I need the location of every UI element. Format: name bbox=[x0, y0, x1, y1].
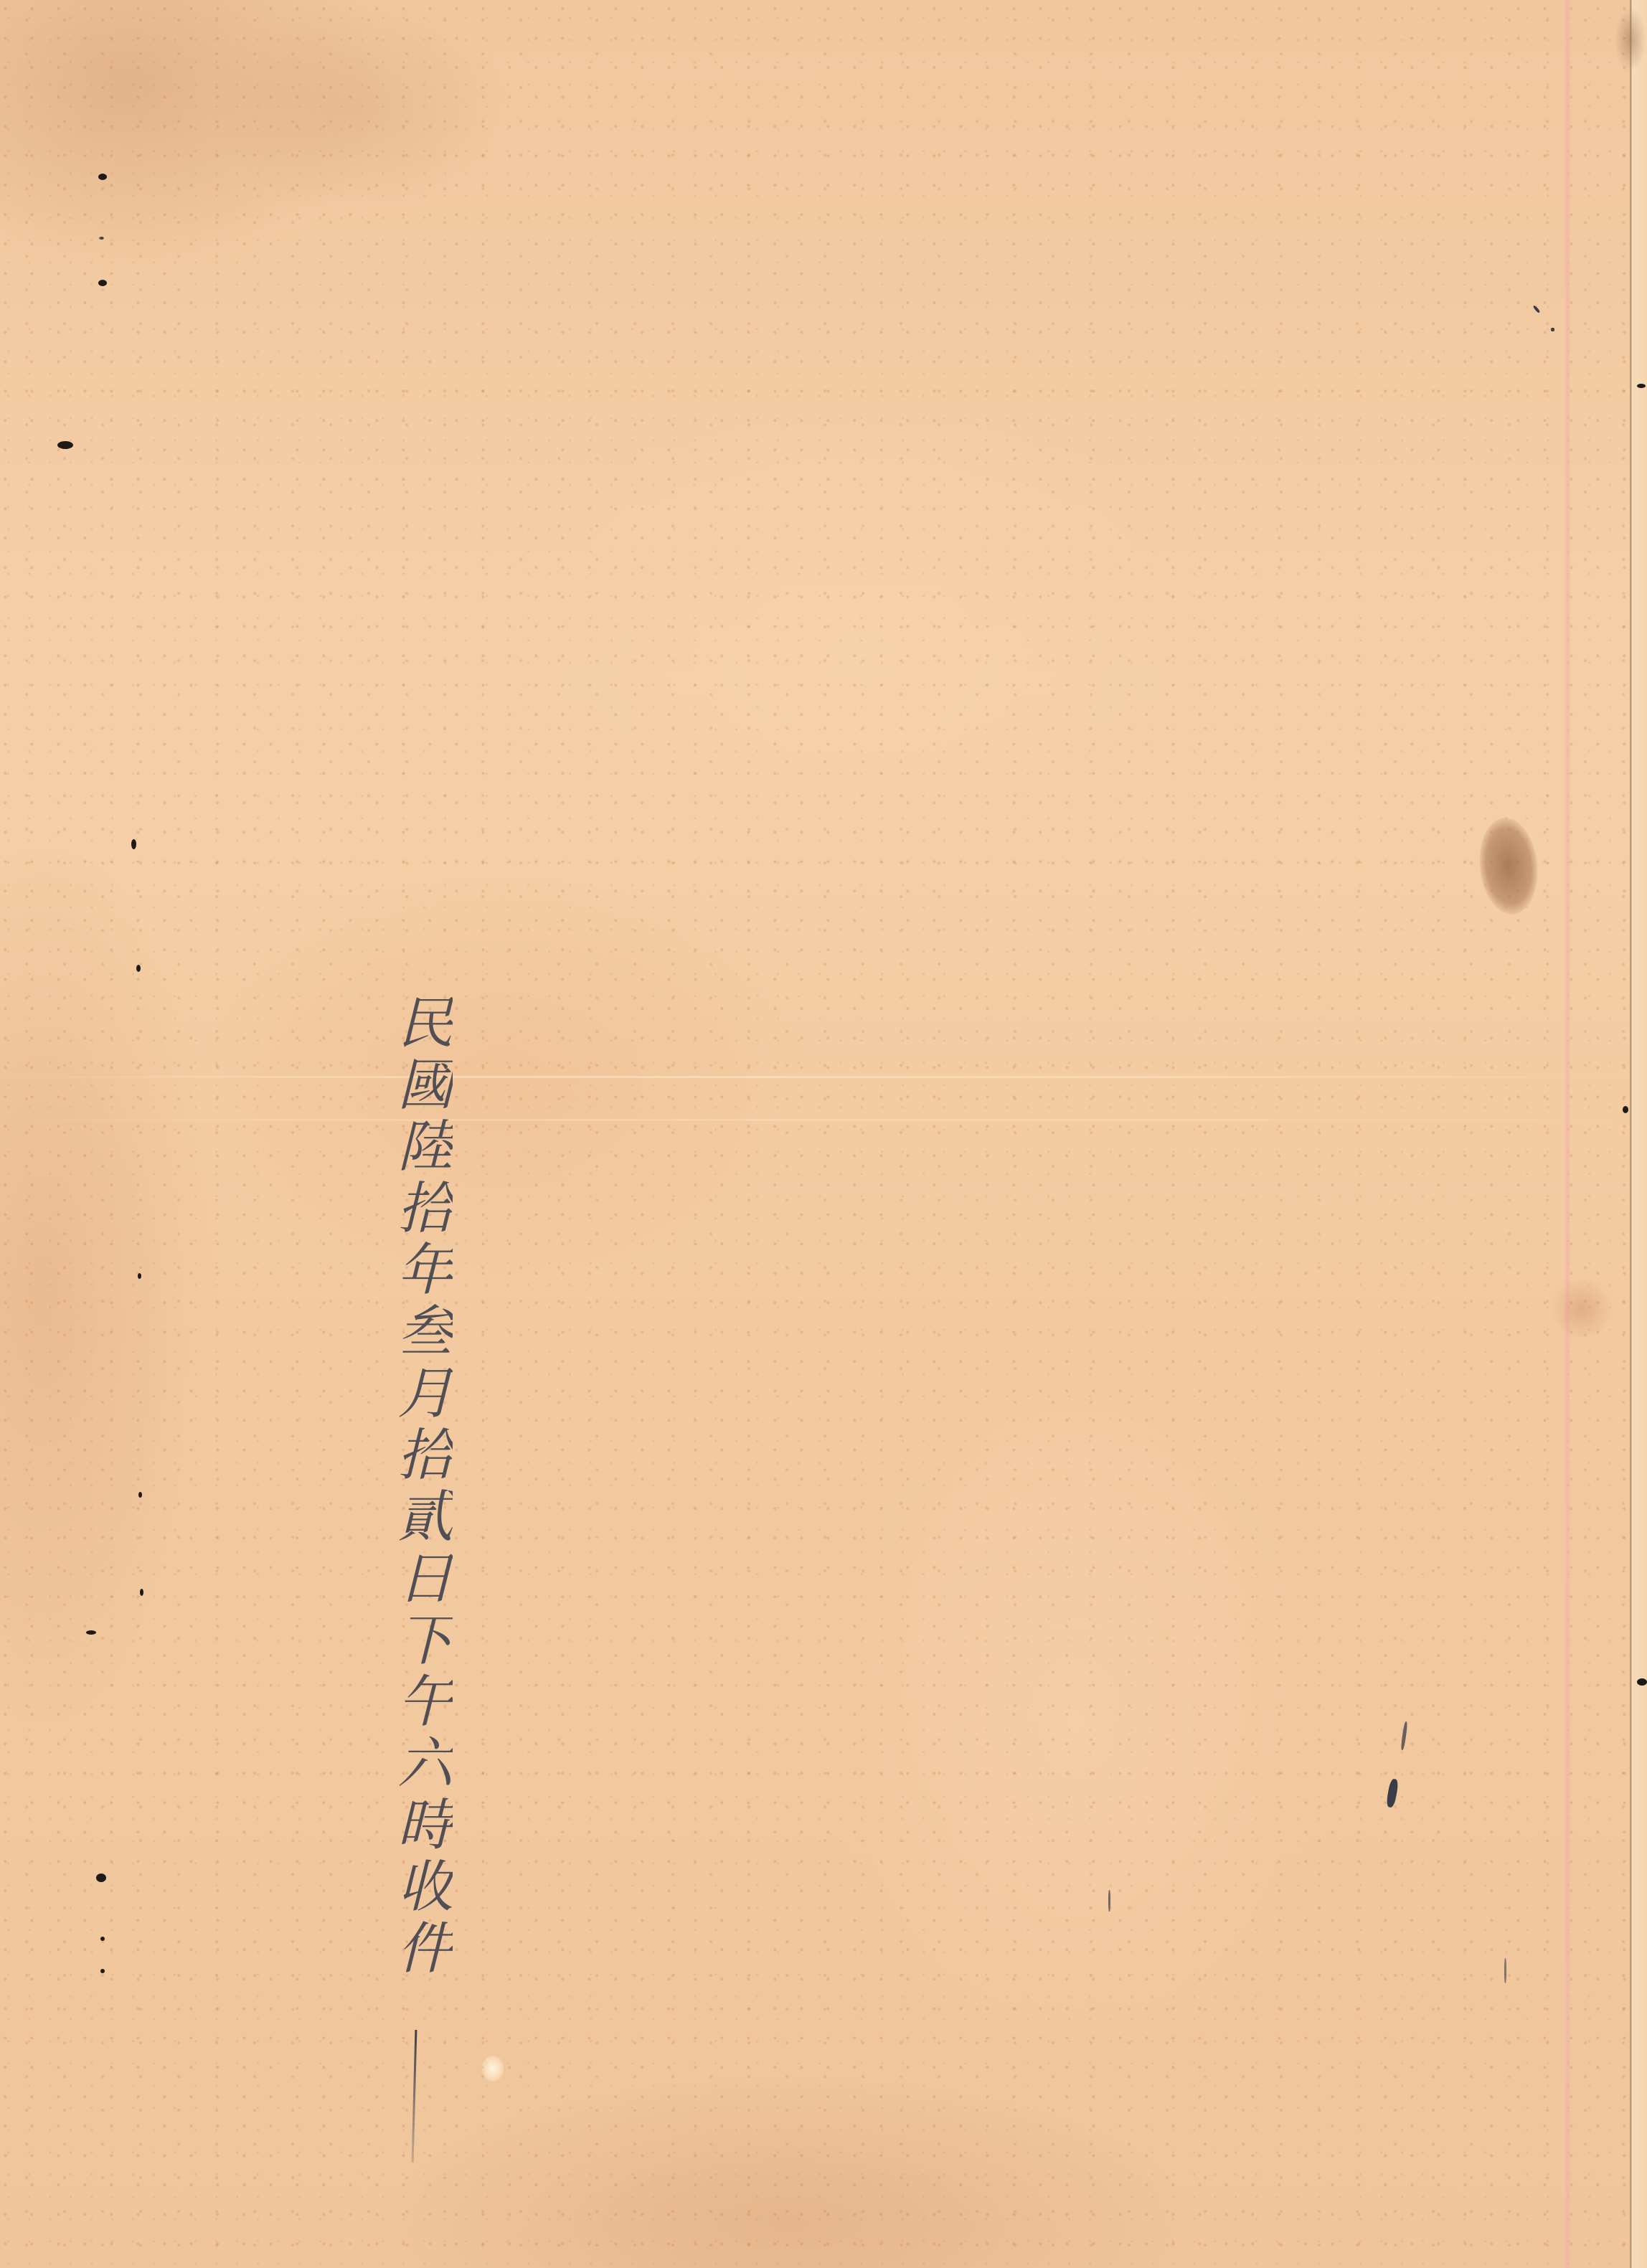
pencil-mark bbox=[1533, 305, 1541, 313]
edge-mark bbox=[1637, 384, 1646, 388]
edge-mark bbox=[1623, 1106, 1628, 1113]
binding-hole bbox=[57, 441, 73, 449]
paper-fold bbox=[0, 1119, 1647, 1121]
page-edge bbox=[1630, 0, 1647, 2268]
binding-hole bbox=[138, 1273, 141, 1279]
paper-texture bbox=[0, 0, 1647, 2268]
water-stain bbox=[1475, 815, 1542, 917]
margin-rule-line bbox=[1564, 0, 1571, 2268]
binding-hole bbox=[98, 174, 107, 180]
binding-hole bbox=[138, 1492, 142, 1498]
document-page: 民國陸拾年叁月拾貳日下午六時收件 bbox=[0, 0, 1647, 2268]
pencil-tail-stroke bbox=[412, 2030, 417, 2163]
pencil-mark bbox=[1108, 1890, 1110, 1912]
pencil-mark bbox=[1504, 1958, 1506, 1983]
binding-hole bbox=[96, 1874, 106, 1882]
binding-hole bbox=[131, 839, 136, 849]
binding-hole bbox=[98, 280, 107, 286]
paper-fold bbox=[0, 1076, 1647, 1078]
handwritten-receipt-date: 民國陸拾年叁月拾貳日下午六時收件 bbox=[305, 993, 448, 1980]
binding-hole bbox=[99, 237, 103, 240]
binding-hole bbox=[140, 1589, 143, 1596]
pencil-mark bbox=[1386, 1778, 1400, 1808]
binding-hole bbox=[100, 1937, 105, 1941]
edge-mark bbox=[1637, 1678, 1647, 1686]
binding-hole bbox=[100, 1969, 105, 1973]
binding-hole bbox=[136, 965, 141, 972]
pencil-mark bbox=[1400, 1721, 1408, 1750]
foxing-stain bbox=[1549, 1277, 1614, 1341]
edge-stain bbox=[1614, 7, 1646, 72]
binding-hole bbox=[86, 1630, 96, 1635]
pencil-mark bbox=[1551, 328, 1554, 331]
paper-spot bbox=[482, 2056, 504, 2082]
